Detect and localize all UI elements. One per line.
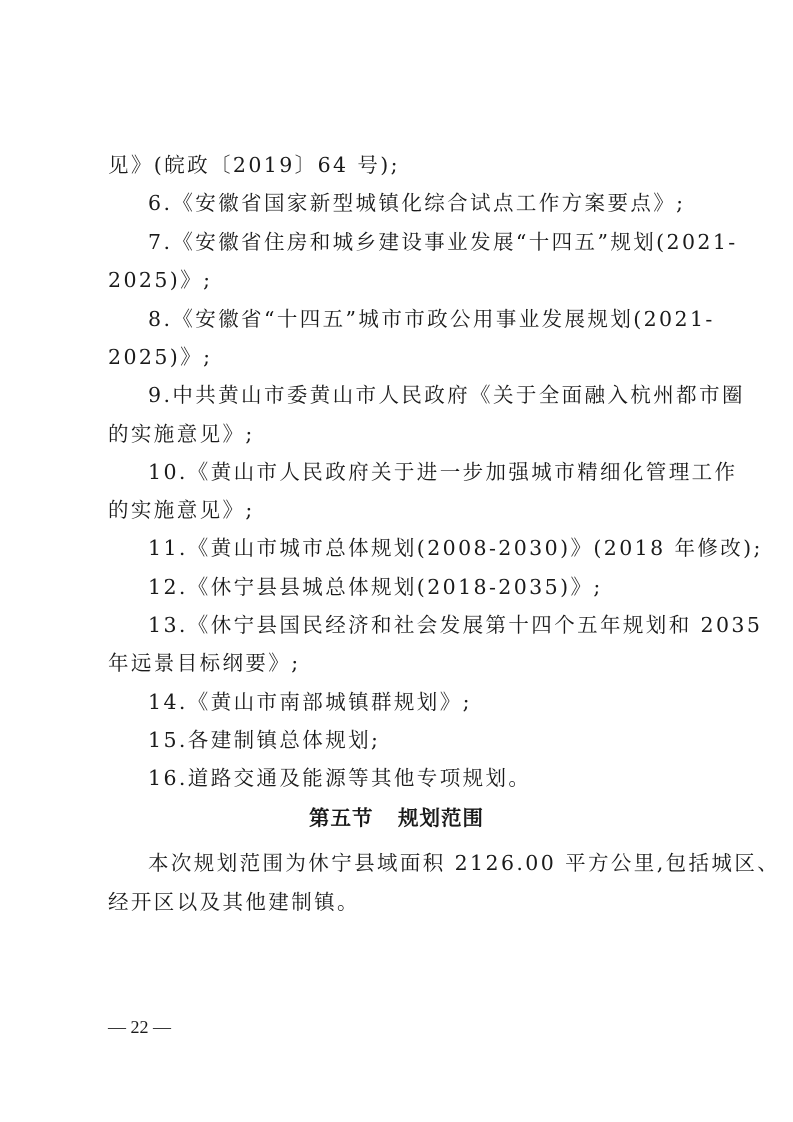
body-paragraph-line: 本次规划范围为休宁县域面积 2126.00 平方公里,包括城区、: [148, 844, 694, 882]
body-paragraph-line: 经开区以及其他建制镇。: [108, 883, 694, 921]
document-page: 见》(皖政〔2019〕64 号); 6.《安徽省国家新型城镇化综合试点工作方案要…: [0, 0, 793, 1122]
reference-item-16: 16.道路交通及能源等其他专项规划。: [148, 759, 694, 797]
text-line: 的实施意见》;: [108, 491, 694, 529]
text-line: 的实施意见》;: [108, 415, 694, 453]
reference-item-15: 15.各建制镇总体规划;: [148, 721, 694, 759]
reference-item-11: 11.《黄山市城市总体规划(2008-2030)》(2018 年修改);: [148, 529, 694, 567]
reference-item-9: 9.中共黄山市委黄山市人民政府《关于全面融入杭州都市圈: [148, 376, 694, 414]
reference-item-10: 10.《黄山市人民政府关于进一步加强城市精细化管理工作: [148, 453, 694, 491]
text-line: 2025)》;: [108, 338, 694, 376]
section-heading: 第五节 规划范围: [0, 799, 793, 837]
reference-item-6: 6.《安徽省国家新型城镇化综合试点工作方案要点》;: [148, 184, 694, 222]
reference-item-13: 13.《休宁县国民经济和社会发展第十四个五年规划和 2035: [148, 606, 694, 644]
text-line: 年远景目标纲要》;: [108, 644, 694, 682]
text-line: 见》(皖政〔2019〕64 号);: [108, 146, 694, 184]
reference-item-12: 12.《休宁县县城总体规划(2018-2035)》;: [148, 568, 694, 606]
page-number: — 22 —: [108, 1012, 171, 1042]
reference-item-7: 7.《安徽省住房和城乡建设事业发展“十四五”规划(2021-: [148, 223, 694, 261]
reference-item-14: 14.《黄山市南部城镇群规划》;: [148, 683, 694, 721]
reference-item-8: 8.《安徽省“十四五”城市市政公用事业发展规划(2021-: [148, 300, 694, 338]
text-line: 2025)》;: [108, 261, 694, 299]
